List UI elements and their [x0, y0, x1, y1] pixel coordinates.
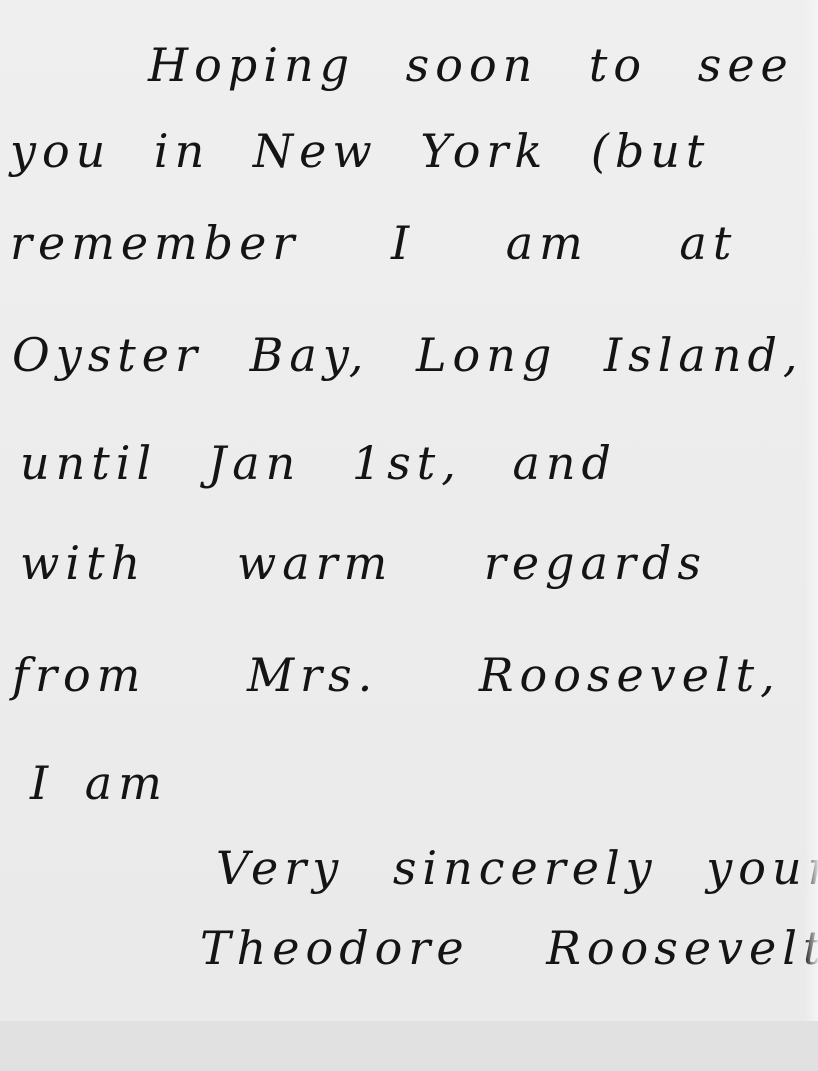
letter-line-5: until Jan 1st, and: [20, 440, 617, 486]
letter-line-4: Oyster Bay, Long Island,: [12, 332, 804, 378]
letter-line-6: with warm regards: [20, 540, 707, 586]
letter-line-3: remember I am at: [10, 220, 737, 266]
letter-line-2: you in New York (but: [10, 128, 710, 174]
bottom-margin-band: [0, 1021, 818, 1071]
letter-closing: I am: [30, 760, 168, 806]
letter-page: Hoping soon to see you in New York (but …: [0, 0, 818, 1021]
letter-line-1: Hoping soon to see: [148, 42, 794, 88]
letter-signature: Theodore Roosevelt: [200, 925, 818, 971]
letter-valediction: Very sincerely yours: [216, 845, 818, 891]
letter-line-7: from Mrs. Roosevelt,: [12, 652, 781, 698]
